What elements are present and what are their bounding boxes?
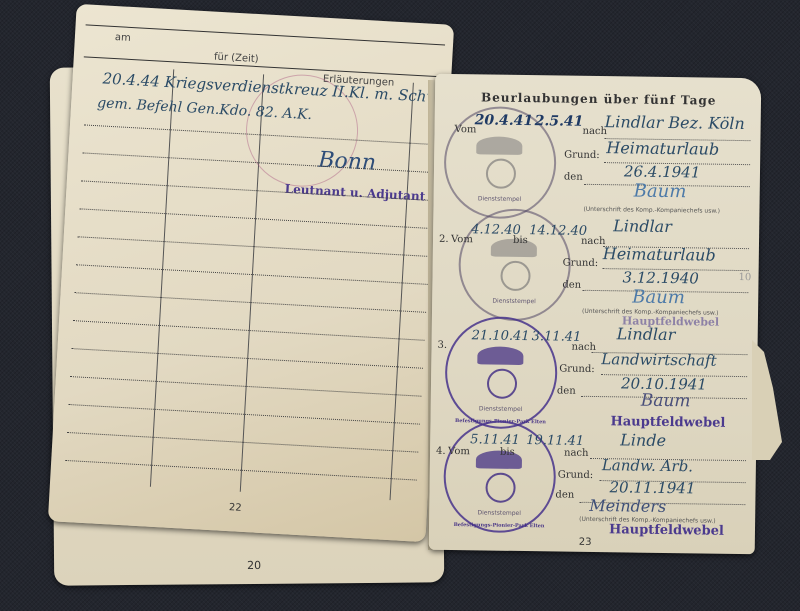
eagle-emblem-icon [477, 346, 523, 365]
label-den: den [562, 280, 581, 291]
label-vom: Vom [454, 124, 476, 135]
entry-number: 2. [439, 234, 449, 245]
label-den: den [564, 172, 583, 183]
reason: Heimaturlaub [606, 138, 719, 159]
column-divider [390, 83, 414, 500]
column-header-am: am [115, 32, 131, 44]
stamp-caption: Dienststempel [460, 297, 568, 306]
entry-number: 4. [436, 446, 446, 457]
label-vom: Vom [448, 446, 470, 457]
leave-entry-4: Dienststempel Befestigungs-Pionier-Park … [429, 420, 756, 531]
wreath-emblem-icon [487, 369, 517, 399]
right-page: Beurlaubungen über fünf Tage Dienststemp… [429, 74, 762, 555]
issue-date: 3.12.1940 [622, 268, 699, 287]
leave-entry-1: Dienststempel Vom 20.4.41 2.5.41 nach Li… [433, 106, 760, 217]
destination: Lindlar [613, 216, 672, 236]
signature: Baum [632, 287, 685, 309]
reason: Landwirtschaft [601, 350, 717, 370]
margin-number: 10 [738, 272, 751, 283]
date-to: 2.5.41 [535, 113, 584, 130]
destination: Lindlar Bez. Köln [605, 112, 745, 133]
header-rule [86, 24, 445, 45]
label-grund: Grund: [559, 364, 595, 375]
signature: Bonn [318, 148, 377, 176]
stamp-caption: Dienststempel [446, 195, 554, 204]
wreath-emblem-icon [485, 472, 515, 502]
date-from: 21.10.41 [472, 328, 530, 344]
column-divider [150, 69, 174, 486]
destination: Lindlar [617, 324, 676, 344]
date-to: 19.11.41 [526, 433, 584, 449]
wreath-emblem-icon [500, 261, 530, 291]
eagle-emblem-icon [476, 450, 522, 469]
label-nach: nach [582, 126, 607, 137]
date-from: 20.4.41 [475, 112, 534, 129]
page-title: Beurlaubungen über fünf Tage [481, 90, 717, 107]
issue-date: 26.4.1941 [624, 162, 701, 181]
label-grund: Grund: [558, 469, 594, 480]
leave-entry-2: Dienststempel 2. Vom 4.12.40 bis 14.12.4… [432, 208, 759, 319]
stamp-caption: Dienststempel [445, 509, 553, 518]
date-to: 14.12.40 [529, 223, 587, 239]
destination: Linde [620, 430, 666, 450]
page-number: 23 [579, 537, 592, 548]
rank-stamp: Hauptfeldwebel [609, 522, 724, 539]
label-nach: nach [581, 236, 606, 247]
label-grund: Grund: [563, 258, 599, 269]
entry-number: 3. [437, 340, 447, 351]
label-nach: nach [564, 448, 589, 459]
leave-entry-3: Dienststempel Befestigungs-Pionier-Park … [431, 314, 758, 425]
signature: Baum [634, 181, 687, 203]
signature: Baum [641, 391, 691, 412]
stamp-text: Befestigungs-Pionier-Park Elten [445, 522, 553, 530]
date-from: 5.11.41 [470, 432, 520, 448]
eagle-emblem-icon [476, 136, 522, 155]
label-bis: bis [513, 235, 528, 246]
label-bis: bis [500, 447, 515, 458]
label-vom: Vom [451, 234, 473, 245]
label-den: den [557, 385, 576, 396]
issue-date: 20.11.1941 [609, 478, 695, 497]
reason: Landw. Arb. [602, 456, 693, 475]
reason: Heimaturlaub [603, 244, 716, 265]
label-den: den [555, 489, 574, 500]
left-page: am für (Zeit) Erläuterungen 20.4.44 Krie… [48, 4, 454, 542]
page-number: 22 [229, 502, 242, 514]
page-number: 20 [247, 559, 261, 572]
wreath-emblem-icon [486, 158, 516, 188]
stamp-caption: Dienststempel [447, 405, 555, 414]
signature: Meinders [589, 496, 666, 516]
label-grund: Grund: [564, 150, 600, 161]
